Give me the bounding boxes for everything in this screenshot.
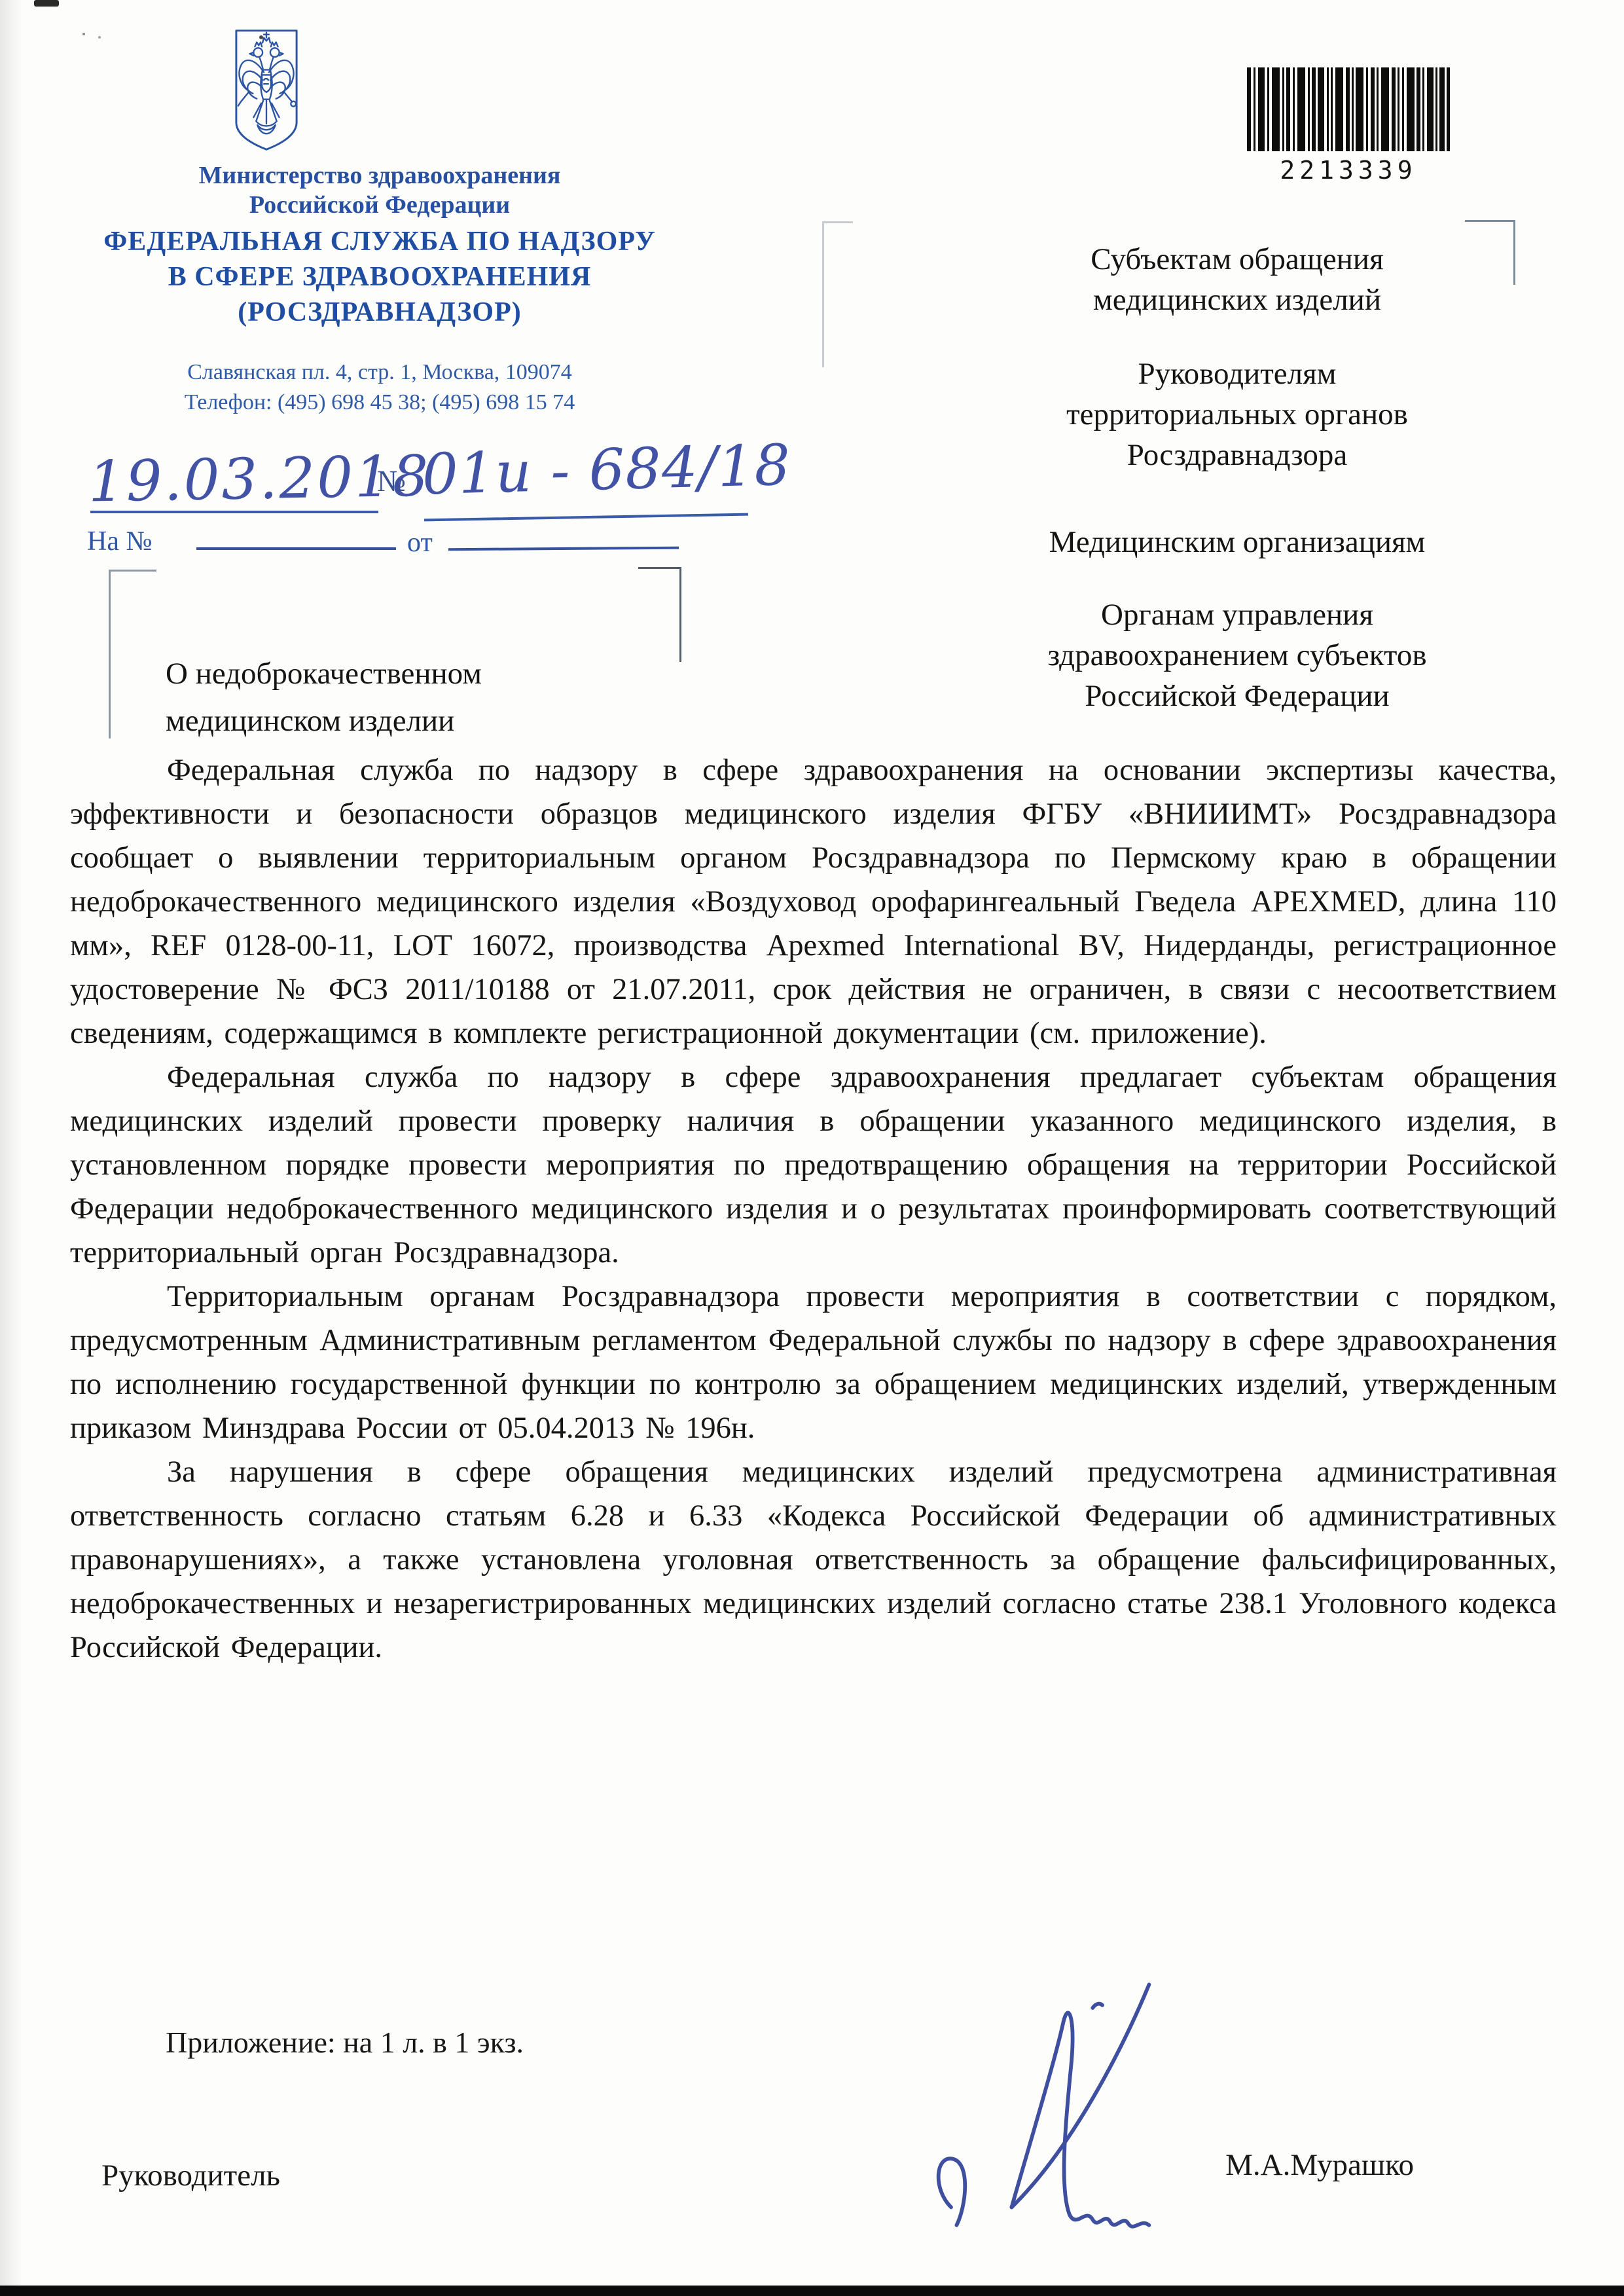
barcode-stripes-icon — [1247, 67, 1450, 151]
recipient-line: здравоохранением субъектов — [916, 635, 1558, 676]
letterhead-service-name: ФЕДЕРАЛЬНАЯ СЛУЖБА ПО НАДЗОРУ В СФЕРЕ ЗД… — [65, 224, 694, 330]
signer-position: Руководитель — [101, 2158, 280, 2193]
recipient-line: Росздравнадзора — [916, 435, 1558, 475]
ministry-line: Российской Федерации — [65, 191, 694, 220]
barcode-number: 2213339 — [1247, 156, 1450, 185]
body-paragraph: За нарушения в сфере обращения медицинск… — [70, 1450, 1557, 1669]
scan-edge-shade — [0, 0, 22, 2296]
letterhead-address: Славянская пл. 4, стр. 1, Москва, 109074 — [65, 357, 694, 388]
recipient-group: Руководителям территориальных органов Ро… — [916, 354, 1558, 475]
recipient-line: Российской Федерации — [916, 676, 1558, 716]
body-paragraph: Территориальным органам Росздравнадзора … — [70, 1275, 1557, 1450]
service-line: ФЕДЕРАЛЬНАЯ СЛУЖБА ПО НАДЗОРУ — [65, 224, 694, 259]
recipient-line: Органам управления — [916, 594, 1558, 635]
letter-body: Федеральная служба по надзору в сфере зд… — [70, 748, 1557, 1669]
address-zone-corner-left — [822, 221, 853, 367]
letterhead-contacts: Славянская пл. 4, стр. 1, Москва, 109074… — [65, 357, 694, 418]
service-line: (РОСЗДРАВНАДЗОР) — [65, 295, 694, 330]
recipient-group: Субъектам обращения медицинских изделий — [916, 239, 1558, 320]
subject-zone-corner-left — [109, 570, 156, 738]
document-page: 2213339 Министерство здравоохранения Рос… — [0, 0, 1624, 2296]
number-sign: № — [377, 464, 406, 498]
number-underline — [424, 513, 748, 522]
reply-number-underline — [196, 547, 396, 550]
recipient-line: территориальных органов — [916, 394, 1558, 435]
subject-zone-corner-right — [638, 567, 681, 662]
subject-block: О недоброкачественном медицинском издели… — [166, 650, 482, 744]
letterhead-ministry: Министерство здравоохранения Российской … — [65, 161, 694, 220]
date-underline — [90, 511, 378, 513]
body-paragraph: Федеральная служба по надзору в сфере зд… — [70, 748, 1557, 1055]
attachment-note: Приложение: на 1 л. в 1 экз. — [166, 2025, 524, 2060]
handwritten-outgoing-number: 01и - 684/18 — [422, 433, 792, 508]
coat-of-arms-icon — [233, 26, 300, 155]
recipient-line: Медицинским организациям — [916, 522, 1558, 562]
scan-artifact — [34, 0, 59, 7]
recipient-line: Руководителям — [916, 354, 1558, 394]
signer-name: М.А.Мурашко — [1178, 2147, 1414, 2183]
body-paragraph: Федеральная служба по надзору в сфере зд… — [70, 1055, 1557, 1275]
service-line: В СФЕРЕ ЗДРАВООХРАНЕНИЯ — [65, 259, 694, 295]
reply-from-label: от — [407, 527, 433, 558]
reply-date-underline — [448, 547, 679, 551]
scan-artifact — [82, 33, 85, 35]
scan-bottom-edge — [0, 2286, 1624, 2296]
recipient-line: медицинских изделий — [916, 280, 1558, 320]
subject-line: медицинском изделии — [166, 697, 482, 744]
recipient-group: Органам управления здравоохранением субъ… — [916, 594, 1558, 716]
scan-artifact — [98, 36, 101, 39]
barcode: 2213339 — [1247, 67, 1450, 185]
signature-icon — [926, 1980, 1168, 2255]
recipient-line: Субъектам обращения — [916, 239, 1558, 280]
ministry-line: Министерство здравоохранения — [65, 161, 694, 191]
subject-line: О недоброкачественном — [166, 650, 482, 697]
letterhead-phone: Телефон: (495) 698 45 38; (495) 698 15 7… — [65, 388, 694, 418]
recipient-group: Медицинским организациям — [916, 522, 1558, 562]
reply-to-label: На № — [87, 526, 153, 557]
